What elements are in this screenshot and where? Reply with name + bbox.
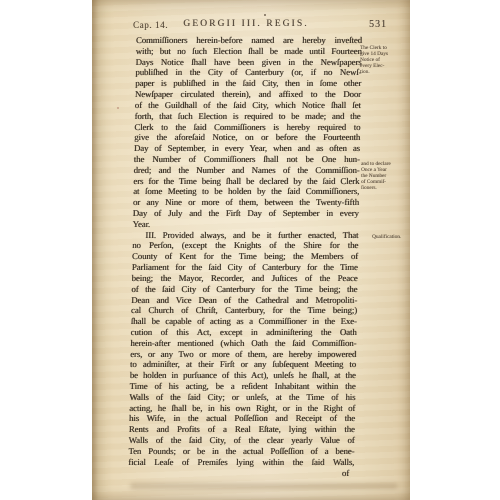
body-line: ers, or any Two or more of them, are her… bbox=[130, 349, 356, 360]
margin-note: and to declareOnce a Yearthe Numberof Co… bbox=[361, 162, 407, 192]
body-line: paper is publiſhed in the ſaid City, the… bbox=[135, 78, 361, 89]
body-line: Time of his acting, be a reſident Inhabi… bbox=[129, 381, 355, 392]
screenshot-canvas: Cap. 14. GEORGII III. REGIS. 531 Commiſſ… bbox=[0, 0, 500, 500]
body-line: Commiſſioners herein-before named are he… bbox=[136, 35, 362, 46]
show-through-smudge bbox=[130, 483, 398, 489]
body-line: Rents and Profits of a Real Eſtate, lyin… bbox=[129, 424, 355, 435]
body-line: Walls of the ſaid City, of the clear yea… bbox=[128, 435, 354, 446]
ink-speck bbox=[117, 107, 119, 109]
body-line: Walls of the ſaid City; or unleſs, at th… bbox=[129, 392, 355, 403]
body-line: herein-after mentioned (which Oath the ſ… bbox=[130, 338, 356, 349]
body-line: dred; and the Number and Names of the Co… bbox=[133, 165, 359, 176]
body-line: ers for the Time being ſhall be declared… bbox=[133, 176, 359, 187]
body-line: Day of July and the Firſt Day of Septemb… bbox=[133, 208, 359, 219]
body-line: to adminiſter, at their Firſt or any ſub… bbox=[130, 359, 356, 370]
body-line: give the aforeſaid Notice, on or before … bbox=[134, 132, 360, 143]
margin-note-line: tion. bbox=[360, 70, 406, 76]
body-line: being; the Mayor, Recorder, and Juſtices… bbox=[131, 273, 357, 284]
body-line: Parliament for the ſaid City of Canterbu… bbox=[132, 262, 358, 273]
body-line: III. Provided always, and be it further … bbox=[132, 230, 358, 241]
body-line: publiſhed in the City of Canterbury (or,… bbox=[135, 67, 361, 78]
body-line: Year. bbox=[132, 219, 358, 230]
body-line: of the ſaid City of Canterbury for the T… bbox=[131, 284, 357, 295]
body-line: no Perſon, (except the Knights of the Sh… bbox=[132, 240, 358, 251]
body-line: Newſpaper circulated therein), and affix… bbox=[135, 89, 361, 100]
body-line: Days Notice ſhall have been given in the… bbox=[135, 57, 361, 68]
body-text: Commiſſioners herein-before named are he… bbox=[128, 35, 362, 478]
margin-note: The Clerk togive 14 DaysNotice ofevery E… bbox=[360, 46, 406, 76]
body-line: Dean and Vice Dean of the Cathedral and … bbox=[131, 295, 357, 306]
body-line: cal Church of Chriſt, Canterbury, for th… bbox=[131, 305, 357, 316]
body-line: be holden in purſuance of this Act), unl… bbox=[130, 370, 356, 381]
body-line: his Wife, in the actual Poſſeſſion and R… bbox=[129, 413, 355, 424]
body-line: ficial Leaſe of Premiſes lying within th… bbox=[128, 457, 354, 468]
body-line: Clerk to the ſaid Commiſſioners is hereb… bbox=[134, 122, 360, 133]
header-title: GEORGII III. REGIS. bbox=[133, 19, 359, 29]
body-line: Ten Pounds; or be in the actual Poſſeſſi… bbox=[128, 446, 354, 457]
margin-note-line: ſioners. bbox=[361, 186, 407, 192]
body-line: forth, that ſuch Election is required to… bbox=[134, 111, 360, 122]
book-page: Cap. 14. GEORGII III. REGIS. 531 Commiſſ… bbox=[92, 0, 410, 500]
body-line: acting, he ſhall be, in his own Right, o… bbox=[129, 403, 355, 414]
body-line: the Number of Commiſſioners ſhall not be… bbox=[134, 154, 360, 165]
body-line: County of Kent for the Time being; the M… bbox=[132, 251, 358, 262]
margin-note-line: Qualification. bbox=[372, 235, 418, 241]
body-line: with; but no ſuch Election ſhall be made… bbox=[136, 46, 362, 57]
body-line: or any Nine or more of them, between the… bbox=[133, 197, 359, 208]
margin-note: Qualification. bbox=[372, 235, 418, 241]
catchword: of bbox=[128, 468, 354, 479]
margin-notes: The Clerk togive 14 DaysNotice ofevery E… bbox=[360, 0, 408, 500]
ink-speck bbox=[264, 14, 266, 16]
body-line: of the Guildhall of the ſaid City, which… bbox=[135, 100, 361, 111]
body-line: ſhall be capable of acting as a Commiſſi… bbox=[131, 316, 357, 327]
body-line: Day of September, in every Year, when an… bbox=[134, 143, 360, 154]
body-line: cution of this Act, except in adminiſter… bbox=[130, 327, 356, 338]
body-line: at ſome Meeting to be holden by the ſaid… bbox=[133, 186, 359, 197]
